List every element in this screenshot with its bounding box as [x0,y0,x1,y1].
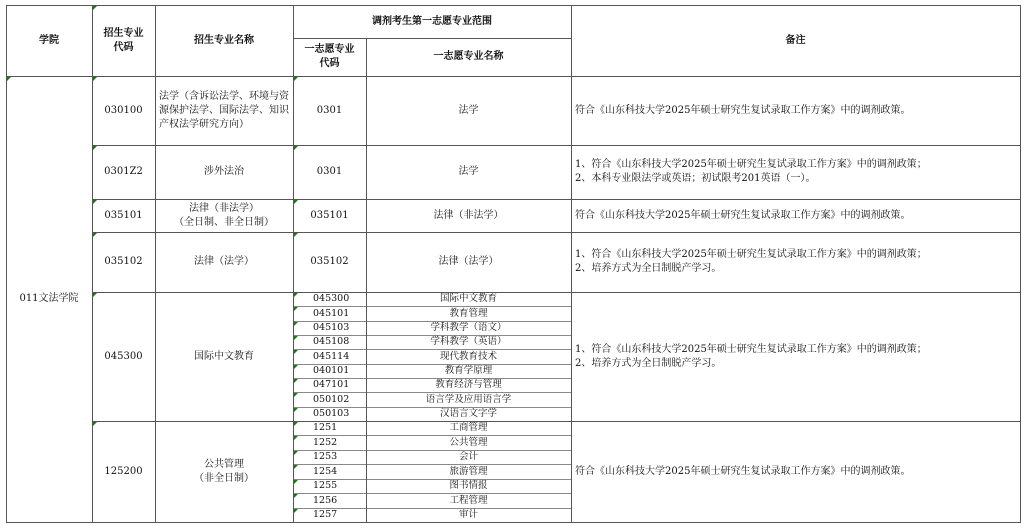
remark-text: 1、符合《山东科技大学2025年硕士研究生复试录取工作方案》中的调剂政策； 2、… [575,343,927,371]
first-choice-name-text: 现代教育技术 [440,351,497,363]
first-choice-code: 1256 [293,493,366,508]
first-choice-code: 1251 [293,421,366,435]
first-choice-code-text: 045114 [313,351,349,363]
first-choice-code-text: 045101 [313,308,349,320]
major-name: 公共管理 （非全日制） [155,421,293,522]
first-choice-code-text: 0301 [317,165,342,179]
first-choice-name-text: 汉语言文字学 [440,408,497,420]
first-choice-code: 045101 [293,306,366,321]
first-choice-name-text: 图书情报 [449,480,487,492]
cell-comment-marker-icon [93,77,97,81]
first-choice-name: 法律（非法学） [366,199,571,232]
header-college-text: 学院 [39,34,59,48]
first-choice-code: 1255 [293,479,366,493]
first-choice-code: 0301 [293,145,366,199]
remark-text: 符合《山东科技大学2025年硕士研究生复试录取工作方案》中的调剂政策。 [575,209,910,223]
remark-text: 符合《山东科技大学2025年硕士研究生复试录取工作方案》中的调剂政策。 [575,104,910,118]
first-choice-name: 国际中文教育 [366,292,571,306]
major-code-text: 035101 [104,209,142,223]
cell-comment-marker-icon [93,6,97,10]
first-choice-name: 工程管理 [366,493,571,508]
first-choice-code-text: 045103 [313,322,349,334]
grid-line [293,464,572,465]
grid-line [293,392,572,393]
first-choice-code-text: 040101 [313,365,349,377]
major-code: 125200 [92,421,155,522]
grid-line [6,5,1021,6]
major-code-text: 125200 [104,465,142,479]
first-choice-code: 035102 [293,232,366,292]
grid-line [293,364,572,365]
cell-comment-marker-icon [294,509,298,513]
first-choice-name: 教育经济与管理 [366,378,571,392]
first-choice-name: 现代教育技术 [366,349,571,364]
first-choice-name: 法学 [366,145,571,199]
first-choice-name-text: 教育学原理 [445,365,493,377]
cell-comment-marker-icon [294,233,298,237]
grid-line [293,450,572,451]
first-choice-name: 法律（法学） [366,232,571,292]
cell-comment-marker-icon [93,233,97,237]
first-choice-code: 035101 [293,199,366,232]
remark-text: 符合《山东科技大学2025年硕士研究生复试录取工作方案》中的调剂政策。 [575,465,910,479]
grid-line [293,5,294,523]
header-remarks-text: 备注 [786,34,806,48]
major-name: 法律（法学） [155,232,293,292]
first-choice-code-text: 0301 [317,104,342,118]
first-choice-code-text: 045108 [313,336,349,348]
cell-comment-marker-icon [294,480,298,484]
first-choice-name-text: 法律（非法学） [434,209,504,223]
grid-line [293,508,572,509]
first-choice-code: 040101 [293,364,366,378]
first-choice-name-text: 工程管理 [449,495,487,507]
major-name-text: 涉外法治 [204,165,244,179]
major-name-text: 法律（法学） [194,255,254,269]
first-choice-code-text: 1253 [313,451,337,463]
first-choice-code-text: 035101 [310,209,348,223]
first-choice-code-text: 1255 [313,480,337,492]
remark: 1、符合《山东科技大学2025年硕士研究生复试录取工作方案》中的调剂政策； 2、… [571,232,1020,292]
cell-comment-marker-icon [93,200,97,204]
major-code-text: 0301Z2 [104,165,143,179]
first-choice-code-text: 1251 [313,422,337,434]
grid-line [293,493,572,494]
cell-comment-marker-icon [294,436,298,440]
major-code: 035101 [92,199,155,232]
college-name-text: 011文法学院 [19,292,78,306]
grid-line [1020,5,1021,523]
remark: 1、符合《山东科技大学2025年硕士研究生复试录取工作方案》中的调剂政策； 2、… [571,145,1020,199]
first-choice-name-text: 学科教学（英语） [430,336,506,348]
grid-line [293,38,572,39]
cell-comment-marker-icon [294,77,298,81]
grid-line [6,5,7,523]
major-code-text: 030100 [104,104,142,118]
first-choice-name: 教育管理 [366,306,571,321]
cell-comment-marker-icon [294,365,298,369]
grid-line [92,292,1021,293]
grid-line [293,479,572,480]
remark-text: 1、符合《山东科技大学2025年硕士研究生复试录取工作方案》中的调剂政策； 2、… [575,158,927,186]
grid-line [92,421,1021,422]
first-choice-code-text: 1252 [313,437,337,449]
first-choice-name: 工商管理 [366,421,571,435]
major-code: 035102 [92,232,155,292]
header-major-code-text: 招生专业 代码 [104,27,144,55]
first-choice-name: 语言学及应用语言学 [366,392,571,407]
cell-comment-marker-icon [294,322,298,326]
first-choice-name-text: 教育经济与管理 [435,379,502,391]
first-choice-name: 学科教学（语文） [366,321,571,335]
header-first-choice-name-text: 一志愿专业名称 [434,50,504,64]
header-major-code: 招生专业 代码 [92,5,155,76]
grid-line [92,232,1021,233]
major-name: 法学（含诉讼法学、环境与资源保护法学、国际法学、知识产权法学研究方向） [155,76,293,145]
cell-comment-marker-icon [294,200,298,204]
first-choice-code: 045114 [293,349,366,364]
remark-text: 1、符合《山东科技大学2025年硕士研究生复试录取工作方案》中的调剂政策； 2、… [575,248,927,276]
cell-comment-marker-icon [294,465,298,469]
first-choice-code-text: 045300 [313,293,349,305]
major-code-text: 035102 [104,255,142,269]
grid-line [293,306,572,307]
major-name-text: 法律（非法学） （全日制、非全日制） [174,202,274,230]
first-choice-name-text: 工商管理 [449,422,487,434]
first-choice-name-text: 法律（法学） [439,255,499,269]
cell-comment-marker-icon [294,293,298,297]
first-choice-name: 汉语言文字学 [366,407,571,421]
major-name-text: 国际中文教育 [194,350,254,364]
first-choice-code: 047101 [293,378,366,392]
major-name: 法律（非法学） （全日制、非全日制） [155,199,293,232]
major-name-text: 公共管理 （非全日制） [194,458,254,486]
grid-line [366,38,367,523]
cell-comment-marker-icon [294,146,298,150]
first-choice-code-text: 050103 [313,408,349,420]
cell-comment-marker-icon [93,146,97,150]
first-choice-code: 050103 [293,407,366,421]
first-choice-name: 法学 [366,76,571,145]
remark: 符合《山东科技大学2025年硕士研究生复试录取工作方案》中的调剂政策。 [571,199,1020,232]
major-code-text: 045300 [104,350,142,364]
major-name: 国际中文教育 [155,292,293,421]
header-first-choice-code-text: 一志愿专业 代码 [305,43,355,71]
first-choice-code: 050102 [293,392,366,407]
first-choice-code: 1254 [293,464,366,479]
first-choice-code-text: 035102 [310,255,348,269]
grid-line [92,199,1021,200]
cell-comment-marker-icon [294,336,298,340]
grid-line [293,321,572,322]
first-choice-name-text: 法学 [459,104,479,118]
first-choice-code: 045103 [293,321,366,335]
header-major-name-text: 招生专业名称 [194,34,254,48]
first-choice-name-text: 法学 [459,165,479,179]
first-choice-code-text: 047101 [313,379,349,391]
first-choice-code-text: 1256 [313,495,337,507]
remark: 符合《山东科技大学2025年硕士研究生复试录取工作方案》中的调剂政策。 [571,76,1020,145]
first-choice-code-text: 1257 [313,509,337,521]
grid-line [293,349,572,350]
first-choice-name-text: 国际中文教育 [440,293,497,305]
grid-line [92,145,1021,146]
first-choice-code: 0301 [293,76,366,145]
first-choice-name: 学科教学（英语） [366,335,571,349]
remark: 符合《山东科技大学2025年硕士研究生复试录取工作方案》中的调剂政策。 [571,421,1020,522]
grid-line [6,76,1021,77]
first-choice-code-text: 1254 [313,466,337,478]
grid-line [571,5,572,523]
first-choice-name-text: 会计 [459,451,478,463]
cell-comment-marker-icon [93,422,97,426]
cell-comment-marker-icon [294,379,298,383]
first-choice-name-text: 学科教学（语文） [430,322,506,334]
first-choice-code: 1257 [293,508,366,522]
cell-comment-marker-icon [294,350,298,354]
first-choice-name: 会计 [366,450,571,464]
first-choice-name-text: 公共管理 [449,437,487,449]
first-choice-name: 公共管理 [366,435,571,450]
grid-line [6,522,1021,523]
first-choice-name-text: 教育管理 [449,308,487,320]
first-choice-code: 1253 [293,450,366,464]
major-name-text: 法学（含诉讼法学、环境与资源保护法学、国际法学、知识产权法学研究方向） [159,90,289,132]
header-first-choice-code: 一志愿专业 代码 [293,38,366,76]
header-first-choice-name: 一志愿专业名称 [366,38,571,76]
remark: 1、符合《山东科技大学2025年硕士研究生复试录取工作方案》中的调剂政策； 2、… [571,292,1020,421]
grid-line [293,335,572,336]
grid-line [293,435,572,436]
major-code: 0301Z2 [92,145,155,199]
first-choice-code: 1252 [293,435,366,450]
grid-line [293,407,572,408]
header-remarks: 备注 [571,5,1020,76]
cell-comment-marker-icon [294,408,298,412]
major-code: 045300 [92,292,155,421]
first-choice-name: 图书情报 [366,479,571,493]
cell-comment-marker-icon [294,451,298,455]
header-major-name: 招生专业名称 [155,5,293,76]
header-college: 学院 [6,5,92,76]
college-name: 011文法学院 [6,76,92,522]
first-choice-name-text: 审计 [459,509,478,521]
cell-comment-marker-icon [294,422,298,426]
first-choice-name: 教育学原理 [366,364,571,378]
first-choice-code: 045300 [293,292,366,306]
cell-comment-marker-icon [294,494,298,498]
cell-comment-marker-icon [294,307,298,311]
major-name: 涉外法治 [155,145,293,199]
first-choice-name: 旅游管理 [366,464,571,479]
cell-comment-marker-icon [7,77,11,81]
first-choice-name-text: 旅游管理 [449,466,487,478]
major-code: 030100 [92,76,155,145]
header-adjust-scope-text: 调剂考生第一志愿专业范围 [372,15,492,29]
grid-line [293,378,572,379]
cell-comment-marker-icon [294,393,298,397]
first-choice-code: 045108 [293,335,366,349]
grid-line [155,5,156,523]
header-adjust-scope: 调剂考生第一志愿专业范围 [293,5,571,38]
first-choice-name-text: 语言学及应用语言学 [426,394,512,406]
first-choice-code-text: 050102 [313,394,349,406]
first-choice-name: 审计 [366,508,571,522]
cell-comment-marker-icon [93,293,97,297]
grid-line [92,5,93,523]
